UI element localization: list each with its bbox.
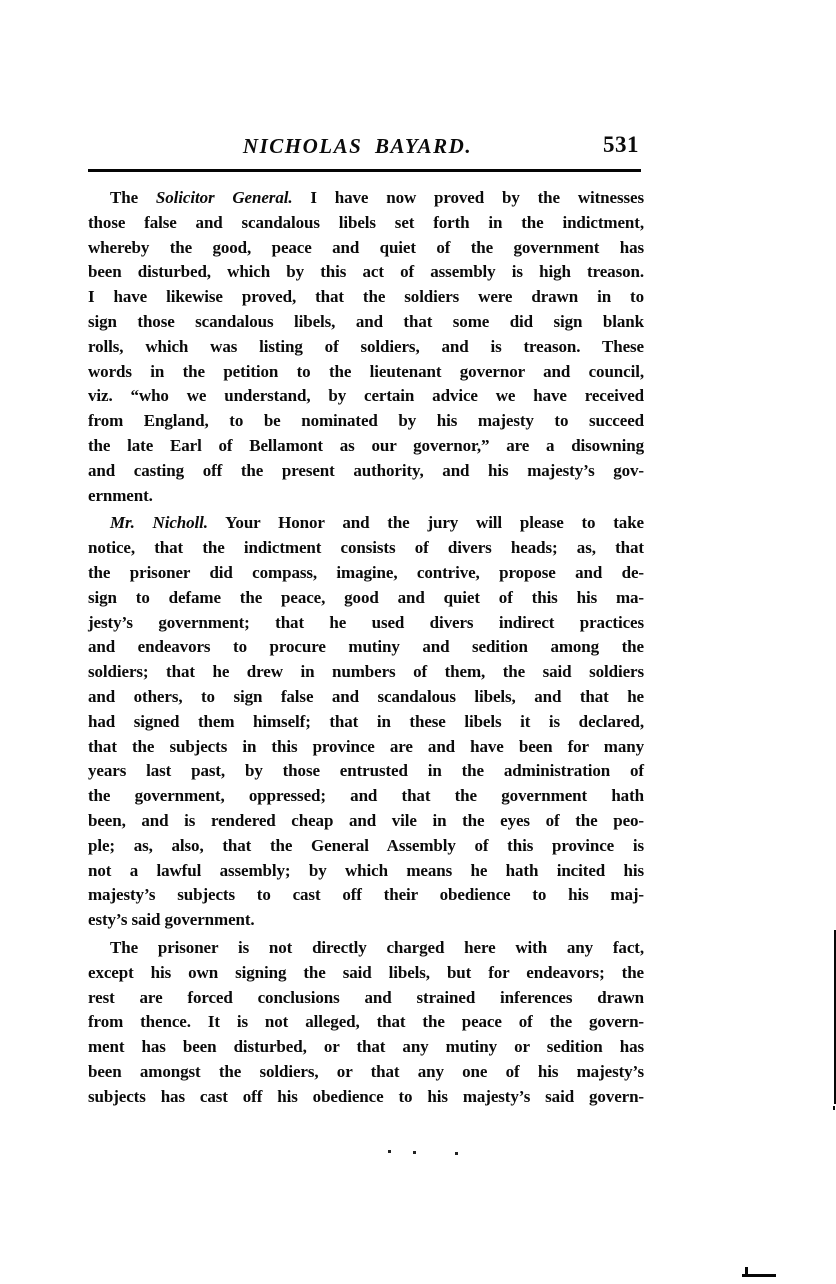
text-line: ernment. (88, 484, 644, 509)
text-line: subjects has cast off his obedience to h… (88, 1085, 644, 1110)
text-line: The Solicitor General. I have now proved… (88, 186, 644, 211)
text-line: and endeavors to procure mutiny and sedi… (88, 635, 644, 660)
text-line: sign to defame the peace, good and quiet… (88, 586, 644, 611)
text-segment: I have now proved by the witnesses (293, 188, 644, 207)
text-line: sign those scandalous libels, and that s… (88, 310, 644, 335)
text-line: that the subjects in this province are a… (88, 735, 644, 760)
text-line: the prisoner did compass, imagine, contr… (88, 561, 644, 586)
text-line: been disturbed, which by this act of ass… (88, 260, 644, 285)
text-line: I have likewise proved, that the soldier… (88, 285, 644, 310)
text-line: not a lawful assembly; by which means he… (88, 859, 644, 884)
scan-speck (413, 1151, 416, 1154)
text-line: jesty’s government; that he used divers … (88, 611, 644, 636)
speaker-name: Mr. Nicholl. (110, 513, 208, 532)
text-line: from thence. It is not alleged, that the… (88, 1010, 644, 1035)
text-line: Mr. Nicholl. Your Honor and the jury wil… (88, 511, 644, 536)
text-line: and casting off the present authority, a… (88, 459, 644, 484)
text-line: ple; as, also, that the General Assembly… (88, 834, 644, 859)
text-line: the late Earl of Bellamont as our govern… (88, 434, 644, 459)
page-number: 531 (603, 132, 639, 158)
scan-speck (388, 1150, 391, 1153)
scan-edge-dot (833, 1106, 836, 1110)
text-line: soldiers; that he drew in numbers of the… (88, 660, 644, 685)
text-line: except his own signing the said libels, … (88, 961, 644, 986)
text-line: The prisoner is not directly charged her… (88, 936, 644, 961)
text-line: years last past, by those entrusted in t… (88, 759, 644, 784)
text-segment: The (110, 188, 156, 207)
text-line: notice, that the indictment consists of … (88, 536, 644, 561)
header-rule (88, 169, 641, 172)
text-line: viz. “who we understand, by certain advi… (88, 384, 644, 409)
text-line: rest are forced conclusions and strained… (88, 986, 644, 1011)
scan-corner-tick (745, 1267, 748, 1276)
book-page: NICHOLAS BAYARD. 531 The Solicitor Gener… (0, 0, 836, 1284)
text-line: and others, to sign false and scandalous… (88, 685, 644, 710)
text-segment: Your Honor and the jury will please to t… (208, 513, 644, 532)
text-line: the government, oppressed; and that the … (88, 784, 644, 809)
text-line: had signed them himself; that in these l… (88, 710, 644, 735)
text-line: rolls, which was listing of soldiers, an… (88, 335, 644, 360)
text-line: whereby the good, peace and quiet of the… (88, 236, 644, 261)
text-line: been, and is rendered cheap and vile in … (88, 809, 644, 834)
paragraph: The prisoner is not directly charged her… (88, 936, 644, 1110)
speaker-name: Solicitor General. (156, 188, 293, 207)
text-line: esty’s said government. (88, 908, 644, 933)
page-title: NICHOLAS BAYARD. (88, 134, 641, 159)
scan-speck (455, 1152, 458, 1155)
text-line: those false and scandalous libels set fo… (88, 211, 644, 236)
text-line: been amongst the soldiers, or that any o… (88, 1060, 644, 1085)
text-line: words in the petition to the lieutenant … (88, 360, 644, 385)
text-line: majesty’s subjects to cast off their obe… (88, 883, 644, 908)
paragraph: Mr. Nicholl. Your Honor and the jury wil… (88, 511, 644, 933)
text-line: from England, to be nominated by his maj… (88, 409, 644, 434)
text-line: ment has been disturbed, or that any mut… (88, 1035, 644, 1060)
paragraph: The Solicitor General. I have now proved… (88, 186, 644, 508)
running-head: NICHOLAS BAYARD. 531 (88, 134, 641, 164)
page-body: The Solicitor General. I have now proved… (88, 186, 644, 1109)
